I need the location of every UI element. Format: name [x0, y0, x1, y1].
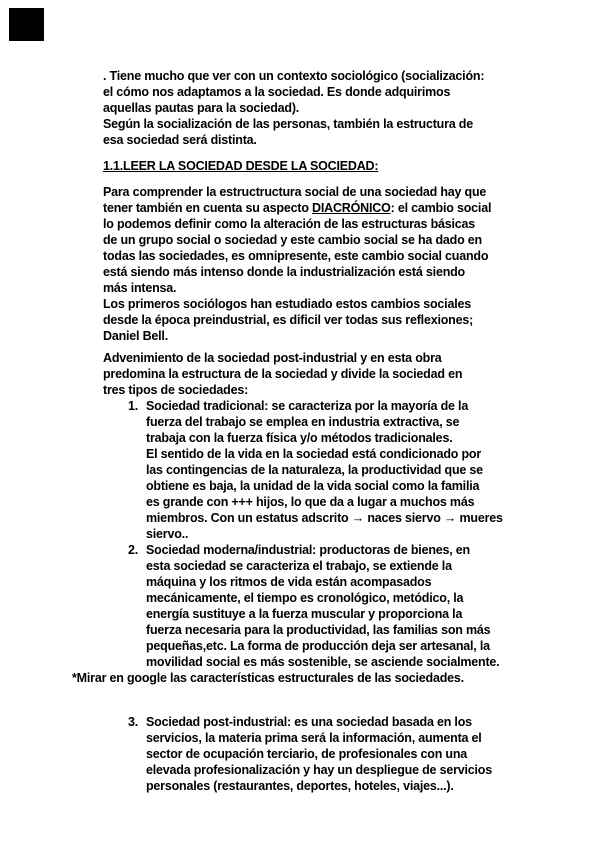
list-item-traditional-society: 1.Sociedad tradicional: se caracteriza p… [103, 398, 543, 542]
list-item-text: Sociedad moderna/industrial: productoras… [146, 543, 499, 669]
corner-mark [9, 8, 44, 41]
text-segment: : el cambio social lo podemos definir co… [103, 201, 491, 343]
document-page: . Tiene mucho que ver con un contexto so… [0, 0, 599, 848]
list-item-text: Sociedad tradicional: se caracteriza por… [146, 399, 503, 541]
list-item-number: 3. [128, 714, 138, 730]
section-heading: 1.1.LEER LA SOCIEDAD DESDE LA SOCIEDAD: [103, 158, 543, 174]
list-item-text: Sociedad post-industrial: es una socieda… [146, 715, 492, 793]
list-item-number: 1. [128, 398, 138, 414]
document-content: . Tiene mucho que ver con un contexto so… [103, 68, 543, 794]
intro-paragraph: . Tiene mucho que ver con un contexto so… [103, 68, 543, 148]
bell-paragraph: Advenimiento de la sociedad post-industr… [103, 350, 543, 398]
list-item-number: 2. [128, 542, 138, 558]
underlined-term: DIACRÓNICO [312, 201, 391, 215]
list-item-postindustrial-society: 3.Sociedad post-industrial: es una socie… [103, 714, 543, 794]
google-note: *Mirar en google las características est… [72, 670, 543, 686]
diachronic-paragraph: Para comprender la estructructura social… [103, 184, 543, 344]
list-item-modern-society: 2.Sociedad moderna/industrial: productor… [103, 542, 543, 670]
